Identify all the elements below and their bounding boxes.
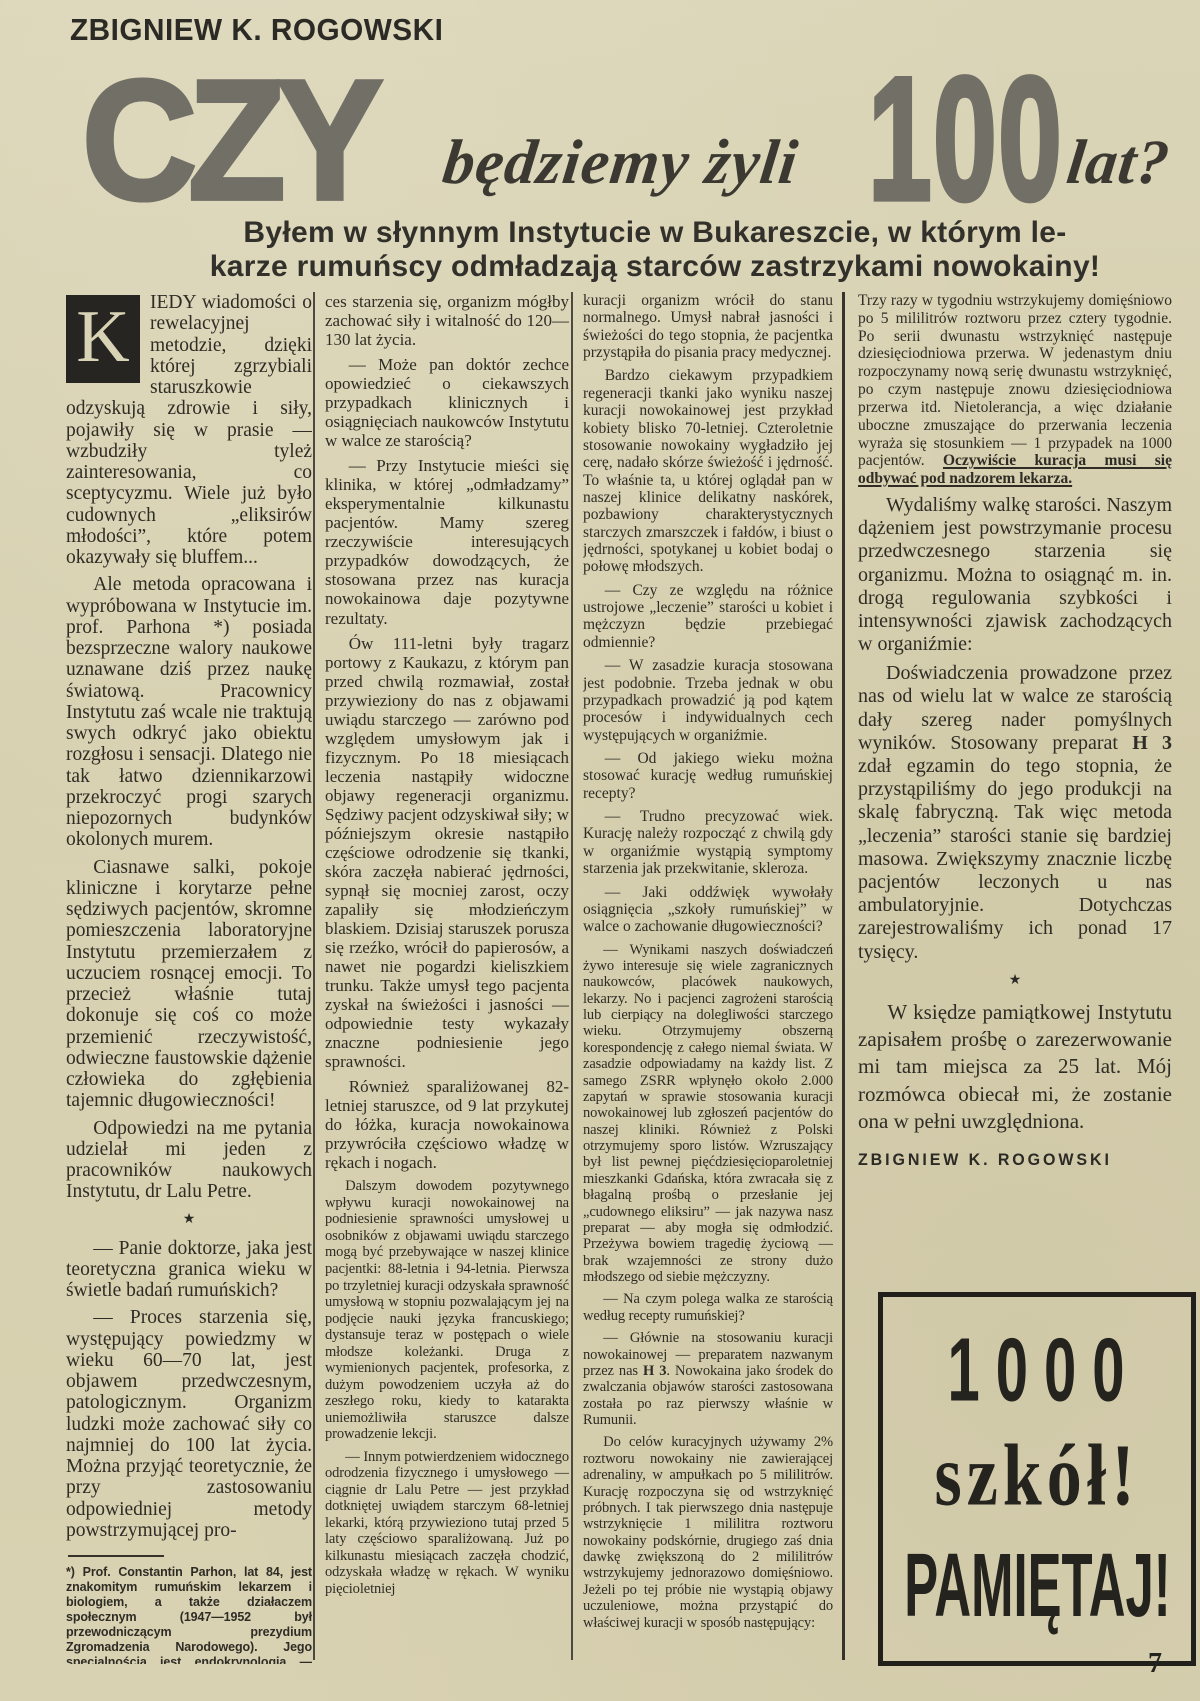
footnote-rule — [68, 1555, 164, 1557]
paragraph: — Na czym polega walka ze starością wedł… — [583, 1291, 833, 1324]
page-number: 7 — [1148, 1648, 1162, 1680]
paragraph: Bardzo ciekawym przypadkiem regeneracji … — [583, 367, 833, 575]
paragraph: — Może pan doktór zechce opowiedzieć o c… — [325, 355, 569, 450]
column-divider — [842, 292, 845, 1660]
paragraph: — Proces starzenia się, występujący powi… — [66, 1307, 312, 1541]
paragraph: Również sparaliżowanej 82-letniej starus… — [325, 1077, 569, 1172]
paragraph: Doświadczenia prowadzone przez nas od wi… — [858, 662, 1172, 963]
column-divider — [313, 292, 315, 1660]
body-text: Do celów kuracyjnych używamy 2% roztworu… — [583, 1434, 833, 1630]
paragraph: *) Prof. Constantin Parhon, lat 84, jest… — [66, 1565, 312, 1664]
paragraph: — Trudno precyzować wiek. Kurację należy… — [583, 808, 833, 877]
paragraph: Dalszym dowodem pozytywnego wpływu kurac… — [325, 1178, 569, 1442]
headline-word-czy: CZY — [82, 56, 374, 226]
body-text: Również sparaliżowanej 82-letniej starus… — [325, 1077, 569, 1172]
emphasis-text: H 3 — [643, 1363, 666, 1379]
ad-box-line-1: 1000 — [947, 1318, 1140, 1422]
paragraph: — Wynikami naszych doświadczeń żywo inte… — [583, 942, 833, 1286]
body-text: Dalszym dowodem pozytywnego wpływu kurac… — [325, 1178, 569, 1442]
ad-box-line-3: PAMIĘTAJ! — [904, 1535, 1170, 1638]
star-separator: ★ — [66, 1211, 312, 1228]
body-text: W księdze pamiątkowej Instytutu zapisałe… — [858, 1000, 1172, 1133]
column-3: kuracji organizm wrócił do stanu normaln… — [583, 292, 833, 1664]
body-text: — Proces starzenia się, występujący powi… — [66, 1307, 312, 1541]
body-text: — Przy Instytucie mieści się klinika, w … — [325, 456, 569, 627]
body-text: zdał egzamin do tego stopnia, że przystą… — [858, 755, 1172, 963]
body-text: — W zasadzie kuracja stosowana jest podo… — [583, 657, 833, 743]
paragraph: KIEDY wiadomości o rewelacyjnej metodzie… — [66, 292, 312, 568]
paragraph: Odpowiedzi na me pytania udzielał mi jed… — [66, 1118, 312, 1203]
star-separator: ★ — [858, 972, 1172, 989]
paragraph: — Jaki oddźwięk wywołały osiągnięcia „sz… — [583, 884, 833, 936]
body-text: *) Prof. Constantin Parhon, lat 84, jest… — [66, 1565, 312, 1664]
body-text: — Panie doktorze, jaka jest teoretyczna … — [66, 1238, 312, 1302]
paragraph: Ciasnawe salki, pokoje kliniczne i koryt… — [66, 857, 312, 1112]
body-text: Ciasnawe salki, pokoje kliniczne i koryt… — [66, 857, 312, 1112]
body-text: Odpowiedzi na me pytania udzielał mi jed… — [66, 1118, 312, 1203]
body-text: Doświadczenia prowadzone przez nas od wi… — [858, 662, 1172, 754]
body-text: Trzy razy w tygodniu wstrzykujemy domięś… — [858, 292, 1172, 469]
headline-script-2: lat? — [1063, 126, 1174, 199]
column-2: ces starzenia się, organizm mógłby zacho… — [325, 292, 569, 1664]
paragraph: kuracji organizm wrócił do stanu normaln… — [583, 292, 833, 361]
paragraph: — Od jakiego wieku można stosować kuracj… — [583, 750, 833, 802]
subtitle-line-1: Byłem w słynnym Instytucie w Bukareszcie… — [150, 216, 1160, 250]
subtitle-line-2: karze rumuńscy odmładzają starców zastrz… — [150, 250, 1160, 284]
body-text: — Innym potwierdzeniem widocznego odrodz… — [325, 1449, 569, 1597]
paragraph: Do celów kuracyjnych używamy 2% roztworu… — [583, 1434, 833, 1631]
body-text: kuracji organizm wrócił do stanu normaln… — [583, 292, 833, 361]
paragraph: Ale metoda opracowana i wypróbowana w In… — [66, 574, 312, 850]
author-signature: ZBIGNIEW K. ROGOWSKI — [858, 1151, 1163, 1170]
column-divider — [571, 292, 573, 1660]
body-text: ces starzenia się, organizm mógłby zacho… — [325, 292, 569, 349]
body-text: Ów 111-letni były tragarz portowy z Kauk… — [325, 634, 569, 1072]
body-text: — Jaki oddźwięk wywołały osiągnięcia „sz… — [583, 884, 833, 936]
paragraph: ces starzenia się, organizm mógłby zacho… — [325, 292, 569, 349]
body-text: Wydaliśmy walkę starości. Naszym dążenie… — [858, 494, 1172, 655]
ad-box-1000-schools: 1000 szkół! PAMIĘTAJ! — [878, 1292, 1196, 1666]
paragraph: Wydaliśmy walkę starości. Naszym dążenie… — [858, 494, 1172, 656]
paragraph: — Głównie na stosowaniu kuracji nowokain… — [583, 1330, 833, 1428]
emphasis-text: H 3 — [1132, 732, 1172, 754]
paragraph: — Panie doktorze, jaka jest teoretyczna … — [66, 1238, 312, 1302]
body-text: Bardzo ciekawym przypadkiem regeneracji … — [583, 367, 833, 575]
paragraph: — Przy Instytucie mieści się klinika, w … — [325, 456, 569, 627]
headline-number-100: 100 — [868, 52, 1063, 228]
column-1: KIEDY wiadomości o rewelacyjnej metodzie… — [66, 292, 312, 1664]
body-text: Ale metoda opracowana i wypróbowana w In… — [66, 574, 312, 850]
paragraph: W księdze pamiątkowej Instytutu zapisałe… — [858, 999, 1172, 1135]
drop-cap: K — [66, 295, 140, 383]
body-text: — Czy ze względu na różnice ustrojowe „l… — [583, 582, 833, 651]
body-text: — Od jakiego wieku można stosować kuracj… — [583, 750, 833, 802]
masthead-author: ZBIGNIEW K. ROGOWSKI — [70, 12, 443, 48]
body-text: — Na czym polega walka ze starością wedł… — [583, 1291, 833, 1323]
paragraph: — W zasadzie kuracja stosowana jest podo… — [583, 657, 833, 744]
paragraph: — Innym potwierdzeniem widocznego odrodz… — [325, 1449, 569, 1598]
body-text: — Może pan doktór zechce opowiedzieć o c… — [325, 355, 569, 450]
ad-box-line-2: szkół! — [935, 1427, 1140, 1527]
paragraph: Ów 111-letni były tragarz portowy z Kauk… — [325, 634, 569, 1072]
magazine-page: ZBIGNIEW K. ROGOWSKI CZY będziemy żyli 1… — [0, 0, 1200, 1701]
subtitle: Byłem w słynnym Instytucie w Bukareszcie… — [150, 216, 1160, 284]
body-text: — Wynikami naszych doświadczeń żywo inte… — [583, 942, 833, 1286]
paragraph: Trzy razy w tygodniu wstrzykujemy domięś… — [858, 292, 1172, 488]
paragraph: — Czy ze względu na różnice ustrojowe „l… — [583, 582, 833, 651]
column-4: Trzy razy w tygodniu wstrzykujemy domięś… — [858, 292, 1172, 1292]
body-text: — Trudno precyzować wiek. Kurację należy… — [583, 808, 833, 877]
headline-script-1: będziemy żyli — [439, 126, 802, 199]
